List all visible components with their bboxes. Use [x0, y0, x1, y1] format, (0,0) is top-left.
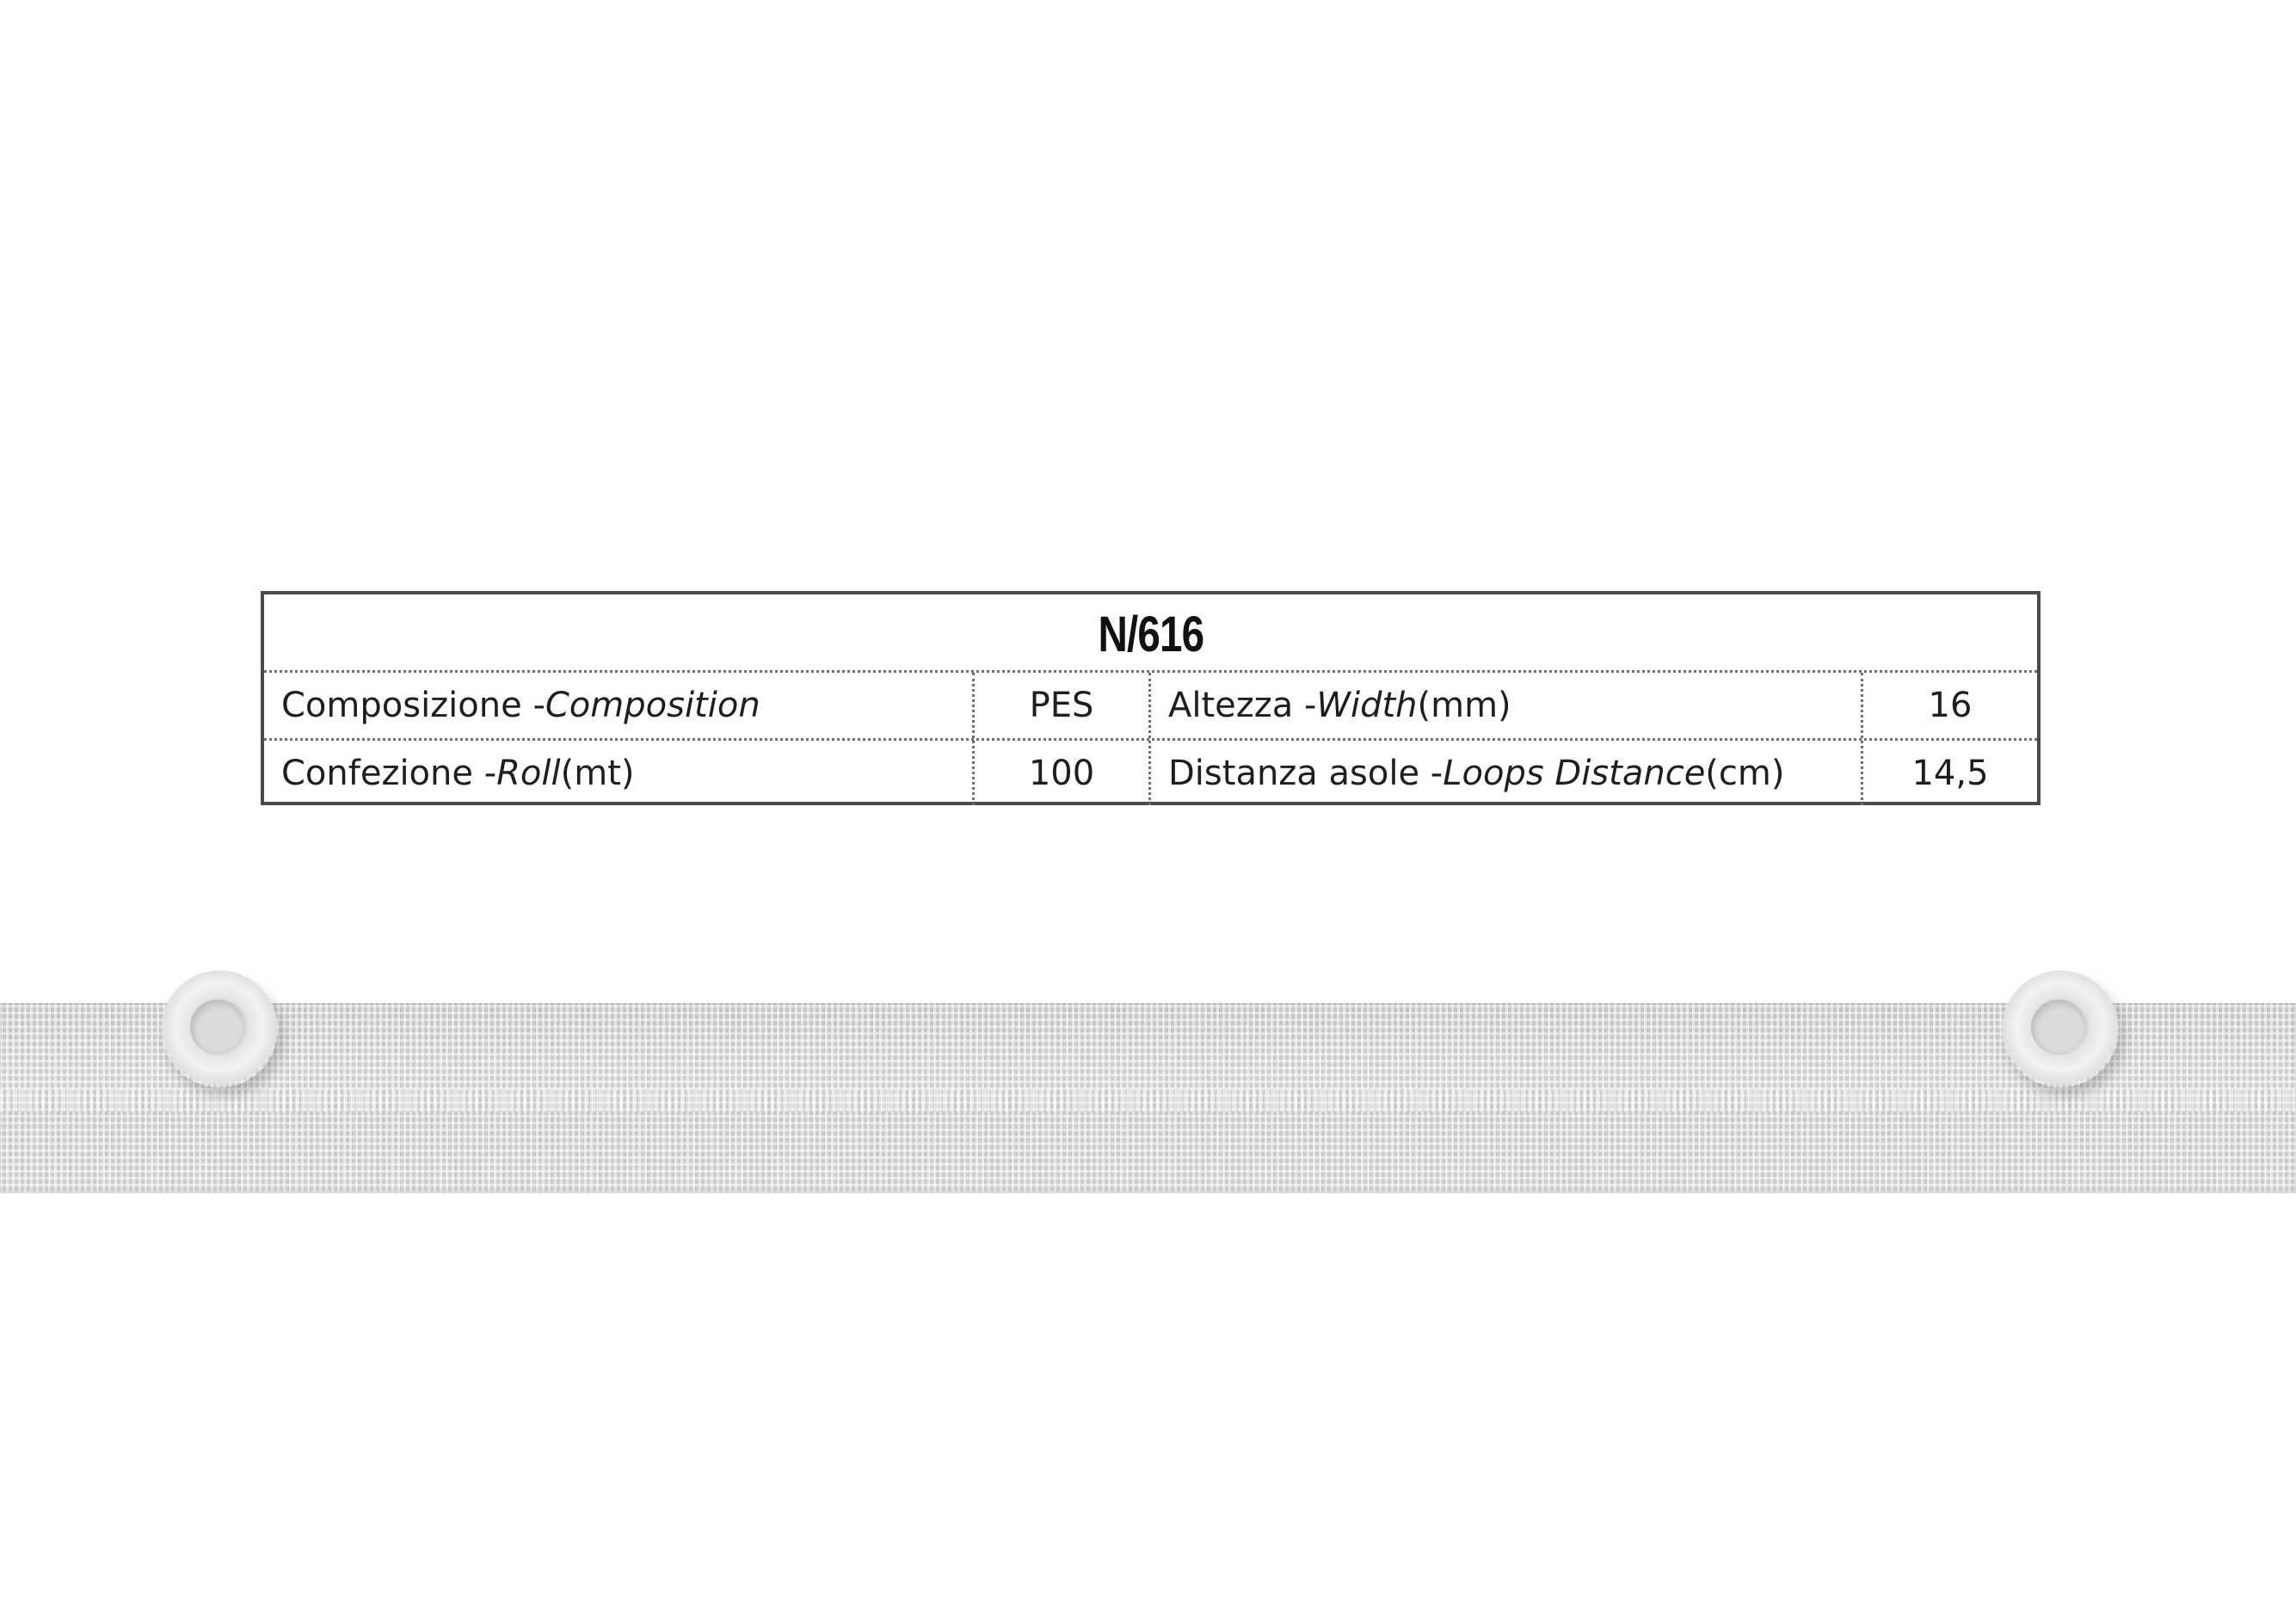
tape-loop-right-icon: [2002, 970, 2119, 1087]
spec-value-width: 16: [1863, 673, 2037, 738]
spec-value-loops-distance: 14,5: [1863, 741, 2037, 805]
woven-tape: [0, 1003, 2296, 1193]
spec-value-composition: PES: [975, 673, 1151, 738]
spec-label-width: Altezza - Width (mm): [1151, 673, 1863, 738]
label-english: Loops Distance: [1443, 754, 1705, 793]
label-english: Composition: [545, 686, 760, 725]
spec-label-roll: Confezione - Roll (mt): [264, 741, 975, 805]
label-unit: (cm): [1705, 754, 1784, 793]
spec-row: Confezione - Roll (mt) 100 Distanza asol…: [264, 741, 2037, 805]
label-unit: (mm): [1418, 686, 1511, 725]
product-code: N/616: [1098, 606, 1203, 663]
spec-label-composition: Composizione - Composition: [264, 673, 975, 738]
label-unit: (mt): [561, 754, 635, 793]
tape-center-weave: [0, 1089, 2296, 1111]
label-english: Width: [1316, 686, 1417, 725]
spec-label-loops-distance: Distanza asole - Loops Distance (cm): [1151, 741, 1863, 805]
product-spec-table: N/616 Composizione - Composition PES Alt…: [261, 591, 2041, 805]
spec-value-roll: 100: [975, 741, 1151, 805]
spec-row: Composizione - Composition PES Altezza -…: [264, 673, 2037, 741]
label-italian: Distanza asole -: [1168, 754, 1443, 793]
tape-loop-left-icon: [161, 970, 278, 1087]
label-italian: Confezione -: [281, 754, 496, 793]
spec-table-title-row: N/616: [264, 594, 2037, 673]
label-italian: Altezza -: [1168, 686, 1316, 725]
label-english: Roll: [496, 754, 561, 793]
label-italian: Composizione -: [281, 686, 545, 725]
curtain-tape-photo: [0, 964, 2296, 1204]
